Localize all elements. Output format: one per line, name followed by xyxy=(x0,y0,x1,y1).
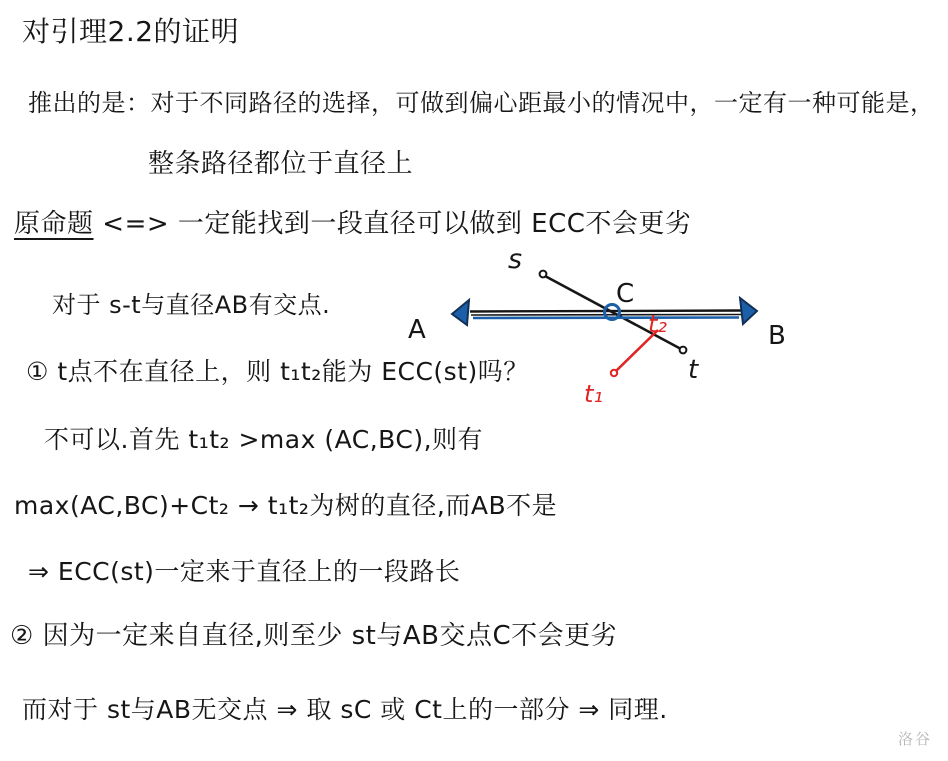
note-line-case1-answer: 不可以.首先 t₁t₂ >max (AC,BC),则有 xyxy=(44,424,483,455)
label-c: C xyxy=(616,279,634,309)
left-arrowhead-icon xyxy=(452,300,469,325)
note-line-premise: 推出的是：对于不同路径的选择，可做到偏心距最小的情况中，一定有一种可能是， xyxy=(28,88,935,118)
note-line-st-intersects: 对于 s-t与直径AB有交点. xyxy=(52,290,330,320)
right-arrowhead-icon xyxy=(740,298,757,324)
red-point xyxy=(611,370,617,376)
underlined-term: 原命题 xyxy=(14,209,94,239)
point-t xyxy=(680,347,687,354)
label-t1: t₁ xyxy=(584,380,603,408)
diagram-svg: s C A B t t₂ t₁ xyxy=(400,240,820,420)
geometry-diagram: s C A B t t₂ t₁ xyxy=(400,240,820,420)
proof-title: 对引理2.2的证明 xyxy=(22,14,239,49)
note-line-no-intersection: 而对于 st与AB无交点 ⇒ 取 sC 或 Ct上的一部分 ⇒ 同理. xyxy=(22,694,668,725)
note-line-path-on-diameter: 整条路径都位于直径上 xyxy=(148,148,413,181)
note-line-tree-diameter: max(AC,BC)+Ct₂ → t₁t₂为树的直径,而AB不是 xyxy=(14,490,557,521)
note-line-case1-question: ① t点不在直径上，则 t₁t₂能为 ECC(st)吗？ xyxy=(26,356,529,387)
label-a: A xyxy=(408,315,426,345)
point-s xyxy=(540,271,547,278)
label-s: s xyxy=(508,244,522,275)
handwritten-notes-page: 对引理2.2的证明 推出的是：对于不同路径的选择，可做到偏心距最小的情况中，一定… xyxy=(0,0,948,761)
note-line-case2: ② 因为一定来自直径,则至少 st与AB交点C不会更劣 xyxy=(10,620,617,653)
proposition-equivalence-text: <=> 一定能找到一段直径可以做到 ECC不会更劣 xyxy=(94,209,692,239)
note-line-ecc-conclusion: ⇒ ECC(st)一定来于直径上的一段路长 xyxy=(28,556,460,587)
note-line-original-proposition: 原命题 <=> 一定能找到一段直径可以做到 ECC不会更劣 xyxy=(14,208,691,241)
luogu-watermark: 洛谷 xyxy=(898,728,932,749)
label-t: t xyxy=(688,355,699,385)
label-t2: t₂ xyxy=(648,310,667,338)
label-b: B xyxy=(768,321,786,351)
